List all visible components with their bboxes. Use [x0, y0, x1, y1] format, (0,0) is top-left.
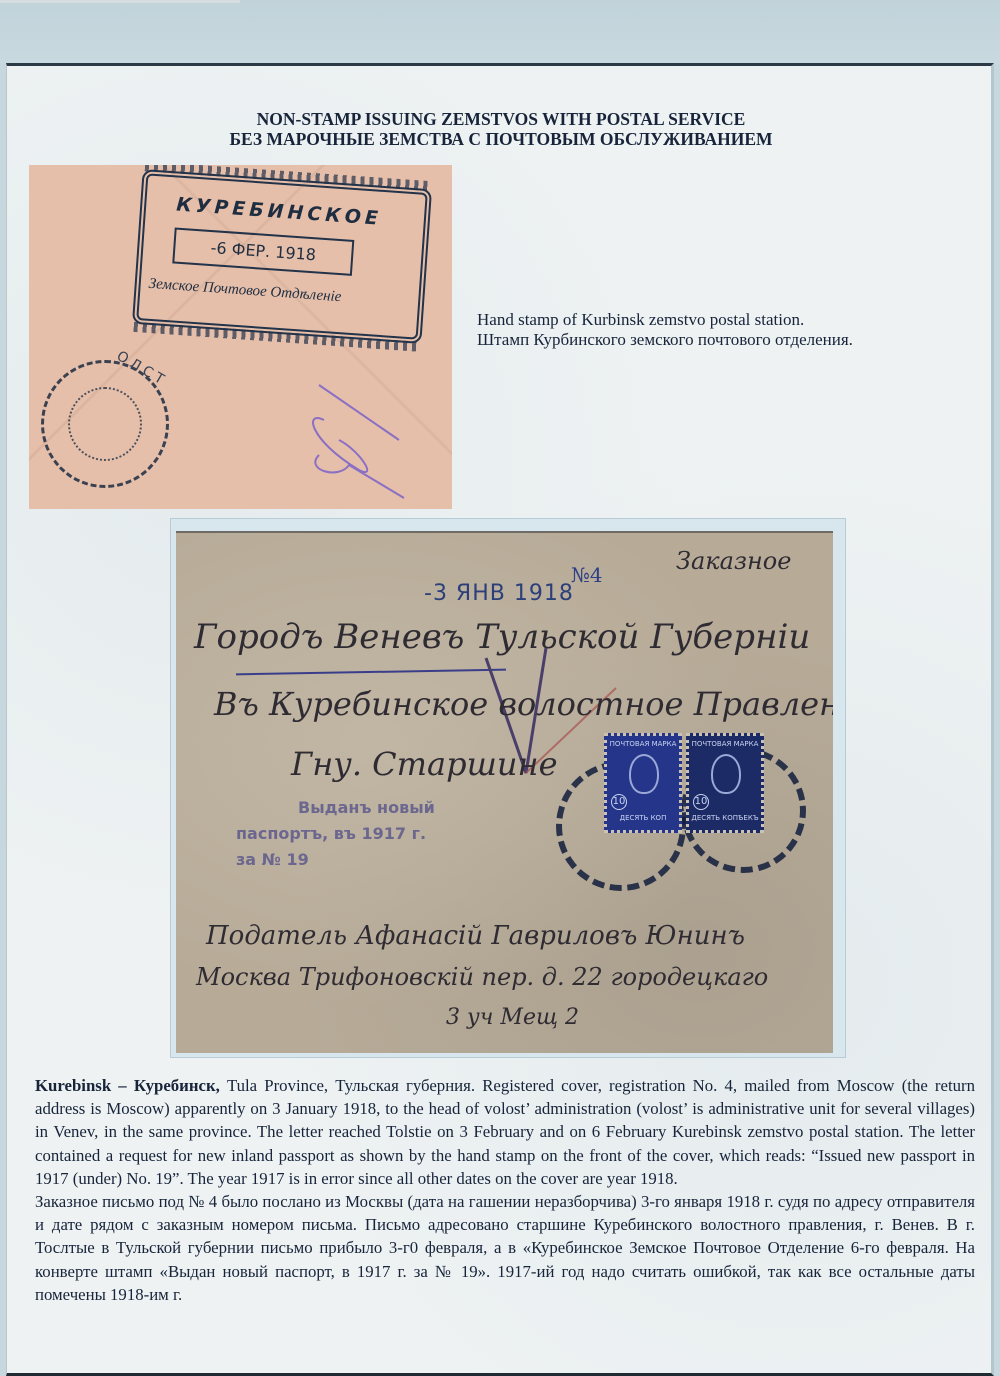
registered-note: Заказное [676, 547, 791, 575]
sender-line-1: Податель Афанасій Гавриловъ Юнинъ [206, 921, 745, 951]
scanner-backdrop [0, 0, 1000, 64]
description-english: Kurebinsk – Куребинск, Tula Province, Ту… [35, 1074, 975, 1190]
cancel-ring-text: ОЛСТ [114, 348, 170, 390]
registered-cover-image: Заказное -3 ЯНВ 1918 №4 Городъ Веневъ Ту… [176, 531, 833, 1053]
handstamp-name: КУРЕБИНСКОЕ [176, 194, 383, 230]
registration-number: №4 [571, 563, 603, 587]
sender-line-3: 3 уч Мещ 2 [446, 1005, 579, 1030]
paper-crease [0, 0, 240, 3]
handstamp-date: -6 ФЕР. 1918 [172, 227, 354, 275]
cover-back-fragment-image: КУРЕБИНСКОЕ -6 ФЕР. 1918 Земское Почтово… [29, 165, 452, 509]
caption-english: Hand stamp of Kurbinsk zemstvo postal st… [477, 310, 853, 330]
passport-stamp-line-2: паспортъ, въ 1917 г. [236, 821, 435, 847]
address-line-3: Гну. Старшине [291, 745, 558, 783]
description-russian: Заказное письмо под № 4 было послано из … [35, 1190, 975, 1306]
eagle-emblem-icon [711, 754, 741, 794]
album-page: NON-STAMP ISSUING ZEMSTVOS WITH POSTAL S… [6, 63, 994, 1376]
page-title: NON-STAMP ISSUING ZEMSTVOS WITH POSTAL S… [7, 109, 995, 149]
ornament-border-top [145, 165, 431, 191]
date-cancel: -3 ЯНВ 1918 [424, 581, 574, 606]
tolstie-round-cancel: ОЛСТ [41, 360, 169, 488]
postage-stamp: ПОЧТОВАЯ МАРКА 10 ДЕСЯТЬ КОП [604, 733, 682, 833]
ornament-border-bottom [133, 322, 419, 352]
postage-stamp: ПОЧТОВАЯ МАРКА 10 ДЕСЯТЬ КОПѢЕКЪ [686, 733, 764, 833]
pencil-scribble-icon [299, 380, 409, 500]
handstamp-caption: Hand stamp of Kurbinsk zemstvo postal st… [477, 310, 853, 350]
eagle-emblem-icon [629, 754, 659, 794]
cancel-inner-ring [68, 387, 142, 461]
cover-description: Kurebinsk – Куребинск, Tula Province, Ту… [35, 1074, 975, 1306]
postage-stamps: ПОЧТОВАЯ МАРКА 10 ДЕСЯТЬ КОП ПОЧТОВАЯ МА… [604, 733, 774, 833]
zemstvo-handstamp: КУРЕБИНСКОЕ -6 ФЕР. 1918 Земское Почтово… [132, 169, 432, 344]
page-title-russian: БЕЗ МАРОЧНЫЕ ЗЕМСТВА С ПОЧТОВЫМ ОБСЛУЖИВ… [7, 129, 995, 149]
passport-issued-handstamp: Выданъ новый паспортъ, въ 1917 г. за № 1… [236, 795, 435, 873]
passport-stamp-line-1: Выданъ новый [298, 795, 435, 821]
sender-line-2: Москва Трифоновскій пер. д. 22 городецка… [196, 963, 768, 991]
description-heading: Kurebinsk – Куребинск, [35, 1076, 220, 1095]
page-title-english: NON-STAMP ISSUING ZEMSTVOS WITH POSTAL S… [7, 109, 995, 129]
address-line-2: Въ Куребинское волостное Правленіе [214, 685, 833, 723]
handstamp-office: Земское Почтовое Отдѣленіе [148, 276, 342, 306]
caption-russian: Штамп Курбинского земского почтового отд… [477, 330, 853, 350]
passport-stamp-line-3: за № 19 [236, 847, 435, 873]
